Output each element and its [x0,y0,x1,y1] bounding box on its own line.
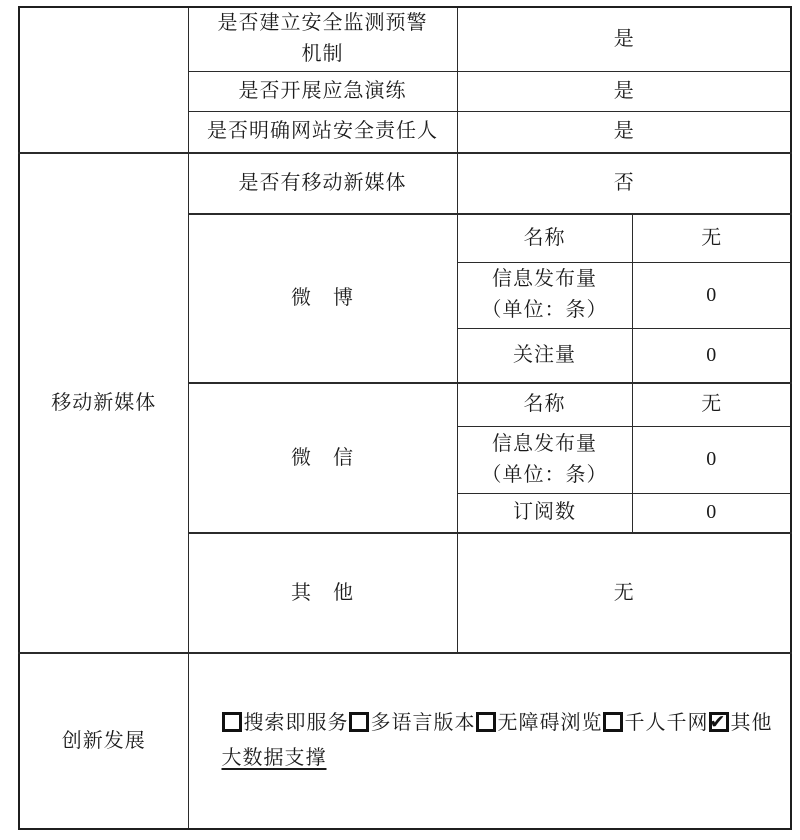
weixin-name-label: 名称 [457,383,632,426]
weixin-name-value: 无 [632,383,791,426]
emergency-drill-label: 是否开展应急演练 [188,71,457,111]
checkbox-icon[interactable] [476,712,496,732]
weibo-followers-label: 关注量 [457,328,632,383]
other-media-value: 无 [457,533,791,653]
weibo-posts-label: 信息发布量 （单位：条） [457,262,632,328]
checkbox-icon[interactable] [349,712,369,732]
security-monitor-label: 是否建立安全监测预警 机制 [188,7,457,71]
checkbox-icon[interactable] [222,712,242,732]
checkbox-option-accessibility[interactable]: 无障碍浏览 [476,712,603,734]
weibo-name-value: 无 [632,214,791,262]
checkbox-option-label: 多语言版本 [371,712,476,734]
annual-report-table: 是否建立安全监测预警 机制 是 是否开展应急演练 是 是否明确网站安全责任人 是… [18,6,792,830]
weixin-posts-value: 0 [632,426,791,493]
weibo-name-label: 名称 [457,214,632,262]
innovation-content-cell: 搜索即服务多语言版本无障碍浏览千人千网其他 大数据支撑 [188,653,791,829]
checkbox-icon[interactable] [603,712,623,732]
section-cell-empty [19,7,188,153]
checkbox-option-other[interactable]: 其他 [709,712,773,734]
security-person-label: 是否明确网站安全责任人 [188,111,457,153]
has-mobile-media-label: 是否有移动新媒体 [188,153,457,214]
weixin-label: 微 信 [188,383,457,533]
other-media-label: 其 他 [188,533,457,653]
weibo-followers-value: 0 [632,328,791,383]
has-mobile-media-value: 否 [457,153,791,214]
weixin-subscribers-label: 订阅数 [457,493,632,533]
checkbox-option-search-service[interactable]: 搜索即服务 [222,712,349,734]
checkbox-option-label: 无障碍浏览 [498,712,603,734]
emergency-drill-value: 是 [457,71,791,111]
checkbox-icon[interactable] [709,712,729,732]
checkbox-option-personalized[interactable]: 千人千网 [603,712,709,734]
section-cell-innovation: 创新发展 [19,653,188,829]
security-monitor-value: 是 [457,7,791,71]
checkbox-option-multilingual[interactable]: 多语言版本 [349,712,476,734]
checkbox-option-label: 千人千网 [625,712,709,734]
section-cell-mobile-media: 移动新媒体 [19,153,188,653]
checkbox-option-label: 其他 [731,712,773,734]
weixin-subscribers-value: 0 [632,493,791,533]
weibo-posts-value: 0 [632,262,791,328]
innovation-options-line: 搜索即服务多语言版本无障碍浏览千人千网其他 [222,708,781,739]
innovation-other-text: 大数据支撑 [222,743,327,774]
weixin-posts-label: 信息发布量 （单位：条） [457,426,632,493]
checkbox-option-label: 搜索即服务 [244,712,349,734]
weibo-label: 微 博 [188,214,457,383]
security-person-value: 是 [457,111,791,153]
